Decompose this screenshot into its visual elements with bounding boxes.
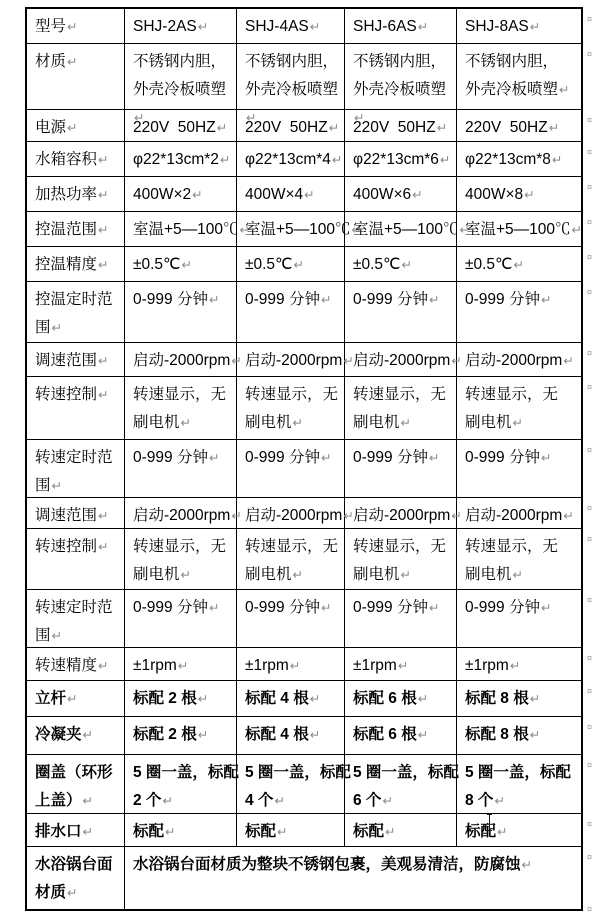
table-cell: 400W×2↵ [125,177,237,212]
paragraph-mark-icon: ↵ [513,568,523,582]
table-cell: 转速显示，无 刷电机↵ [125,377,237,440]
end-of-row-mark: ¤ [587,148,592,157]
paragraph-mark-icon: ↵ [98,388,108,402]
paragraph-mark-icon: ↵ [98,188,108,202]
table-cell-text: 5 圈一盖，标配 2 个 [133,764,239,809]
table-cell: 标配↵ [125,814,237,847]
table-cell: 不锈钢内胆， 外壳冷板喷塑↵ [237,44,345,110]
paragraph-mark-icon: ↵ [549,121,559,135]
paragraph-mark-icon: ↵ [67,886,77,900]
table-cell: 水浴锅台面材质为整块不锈钢包裹，美观易清洁，防腐蚀↵ [125,847,583,909]
end-of-row-mark: ¤ [587,596,592,605]
table-cell-text: 不锈钢内胆， 外壳冷板喷塑 [465,53,558,98]
paragraph-mark-icon: ↵ [293,568,303,582]
paragraph-mark-icon: ↵ [310,728,320,742]
table-cell: 启动-2000rpm↵ [457,343,583,377]
table-cell-text: 标配 6 根 [353,690,417,707]
table-cell: 标配 6 根↵ [345,717,457,755]
table-cell: 220V 50HZ↵ [457,110,583,142]
paragraph-mark-icon: ↵ [385,825,395,839]
table-cell: 0-999 分钟↵ [237,590,345,648]
paragraph-mark-icon: ↵ [401,416,411,430]
paragraph-mark-icon: ↵ [220,153,230,167]
row-label-cell: 立杆↵ [27,681,125,717]
row-label-cell: 水箱容积↵ [27,142,125,177]
table-cell-text: 0-999 分钟 [353,291,428,308]
table-cell-text: φ22*13cm*2 [133,151,219,168]
row-label-cell-text: 电源 [35,119,66,136]
table-cell-text: 启动-2000rpm [245,507,342,524]
table-cell-text: 400W×6 [353,186,411,203]
paragraph-mark-icon: ↵ [67,121,77,135]
end-of-row-mark: ¤ [587,820,592,829]
paragraph-mark-icon: ↵ [310,20,320,34]
table-cell: 转速显示，无 刷电机↵ [345,377,457,440]
table-cell-text: 启动-2000rpm [353,352,450,369]
table-cell-text: 220V 50HZ [245,119,328,136]
paragraph-mark-icon: ↵ [563,509,573,523]
table-cell-text: 标配 6 根 [353,726,417,743]
table-cell: SHJ-2AS↵ [125,9,237,44]
end-of-row-mark: ¤ [587,183,592,192]
paragraph-mark-icon: ↵ [83,728,93,742]
end-of-row-mark: ¤ [587,446,592,455]
table-cell: 0-999 分钟↵ [237,282,345,343]
paragraph-mark-icon: ↵ [98,659,108,673]
table-cell-text: 0-999 分钟 [133,599,208,616]
table-cell: 不锈钢内胆， 外壳冷板喷塑↵ [457,44,583,110]
table-cell: 室温+5—100℃↵ [237,212,345,247]
table-cell-text: 转速显示，无 刷电机 [465,386,558,431]
table-cell: 启动-2000rpm↵ [345,498,457,529]
row-label-cell-text: 型号 [35,18,66,35]
row-label-cell-text: 转速定时范 围 [35,599,113,644]
row-label-cell-text: 转速定时范 围 [35,449,113,494]
table-cell: ±1rpm↵ [125,648,237,681]
paragraph-mark-icon: ↵ [83,825,93,839]
end-of-row-mark: ¤ [587,383,592,392]
paragraph-mark-icon: ↵ [181,258,191,272]
table-cell: ±0.5℃↵ [125,247,237,282]
table-cell-text: 转速显示，无 刷电机 [133,386,226,431]
document-page: 型号↵SHJ-2AS↵SHJ-4AS↵SHJ-6AS↵SHJ-8AS↵¤材质↵不… [0,0,600,921]
table-cell: ±1rpm↵ [457,648,583,681]
paragraph-mark-icon: ↵ [290,659,300,673]
row-label-cell: 排水口↵ [27,814,125,847]
table-cell: φ22*13cm*4↵ [237,142,345,177]
paragraph-mark-icon: ↵ [274,794,284,808]
end-of-row-mark: ¤ [587,288,592,297]
table-cell: 0-999 分钟↵ [125,440,237,498]
table-cell: ±1rpm↵ [237,648,345,681]
table-cell: SHJ-4AS↵ [237,9,345,44]
table-cell-text: SHJ-4AS [245,18,309,35]
table-cell: 5 圈一盖，标配 4 个↵ [237,755,345,814]
paragraph-mark-icon: ↵ [418,692,428,706]
paragraph-mark-icon: ↵ [530,692,540,706]
row-label-cell: 冷凝夹↵ [27,717,125,755]
table-cell-text: 不锈钢内胆， 外壳冷板喷塑 [245,53,338,98]
table-cell: 室温+5—100℃↵ [345,212,457,247]
paragraph-mark-icon: ↵ [52,629,62,643]
table-cell-text: 400W×2 [133,186,191,203]
paragraph-mark-icon: ↵ [329,121,339,135]
row-label-cell-text: 转速精度 [35,657,97,674]
table-cell: 转速显示，无 刷电机↵ [457,377,583,440]
row-label-cell: 型号↵ [27,9,125,44]
row-label-cell: 圈盖（环形 上盖）↵ [27,755,125,814]
paragraph-mark-icon: ↵ [530,728,540,742]
table-cell-text: 室温+5—100℃ [353,221,459,238]
table-cell-text: 220V 50HZ [465,119,548,136]
paragraph-mark-icon: ↵ [522,858,532,872]
paragraph-mark-icon: ↵ [559,83,569,97]
table-cell: 启动-2000rpm↵ [125,343,237,377]
table-cell: 标配 8 根↵ [457,681,583,717]
table-cell-text: 5 圈一盖，标配 6 个 [353,764,459,809]
table-cell-text: 不锈钢内胆， 外壳冷板喷塑 [133,53,226,98]
paragraph-mark-icon: ↵ [429,601,439,615]
paragraph-mark-icon: ↵ [181,416,191,430]
table-cell: 标配 8 根↵ [457,717,583,755]
table-cell: 转速显示，无 刷电机↵ [125,529,237,590]
table-cell: 5 圈一盖，标配 6 个↵ [345,755,457,814]
paragraph-mark-icon: ↵ [98,153,108,167]
table-cell: SHJ-8AS↵ [457,9,583,44]
end-of-row-mark: ¤ [587,15,592,24]
table-cell: ±1rpm↵ [345,648,457,681]
paragraph-mark-icon: ↵ [198,728,208,742]
table-cell: 0-999 分钟↵ [125,590,237,648]
paragraph-mark-icon: ↵ [401,258,411,272]
paragraph-mark-icon: ↵ [552,153,562,167]
table-cell-text: 标配 2 根 [133,726,197,743]
row-label-cell: 加热功率↵ [27,177,125,212]
paragraph-mark-icon: ↵ [178,659,188,673]
table-cell: 400W×6↵ [345,177,457,212]
end-of-row-mark: ¤ [587,218,592,227]
table-cell: 标配 4 根↵ [237,681,345,717]
table-cell-text: 0-999 分钟 [353,449,428,466]
paragraph-mark-icon: ↵ [192,188,202,202]
table-cell: 不锈钢内胆， 外壳冷板喷塑↵ [125,44,237,110]
table-cell-text: SHJ-2AS [133,18,197,35]
paragraph-mark-icon: ↵ [98,258,108,272]
paragraph-mark-icon: ↵ [67,692,77,706]
table-cell: 5 圈一盖，标配 2 个↵ [125,755,237,814]
end-of-row-mark: ¤ [587,253,592,262]
paragraph-mark-icon: ↵ [321,451,331,465]
paragraph-mark-icon: ↵ [277,825,287,839]
row-label-cell: 转速精度↵ [27,648,125,681]
end-of-row-mark: ¤ [587,349,592,358]
table-cell: 转速显示，无 刷电机↵ [457,529,583,590]
row-label-cell: 材质↵ [27,44,125,110]
end-of-row-mark: ¤ [587,116,592,125]
table-cell: 0-999 分钟↵ [457,440,583,498]
table-cell-text: 220V 50HZ [353,119,436,136]
table-cell-text: 0-999 分钟 [465,599,540,616]
end-of-row-mark: ¤ [587,853,592,862]
paragraph-mark-icon: ↵ [429,293,439,307]
table-cell-text: ±1rpm [245,657,289,674]
row-label-cell-text: 调速范围 [35,507,97,524]
row-label-cell: 调速范围↵ [27,343,125,377]
paragraph-mark-icon: ↵ [181,568,191,582]
table-cell-text: ±0.5℃ [353,256,400,273]
table-cell-text: 标配 4 根 [245,690,309,707]
table-cell-text: 转速显示，无 刷电机 [133,538,226,583]
end-of-table-mark: ¤ [587,905,592,914]
paragraph-mark-icon: ↵ [563,354,573,368]
table-cell: 不锈钢内胆， 外壳冷板喷塑↵ [345,44,457,110]
row-label-cell-text: 圈盖（环形 上盖） [35,764,113,809]
row-label-cell: 控温定时范 围↵ [27,282,125,343]
table-cell-text: 标配 8 根 [465,726,529,743]
paragraph-mark-icon: ↵ [572,223,582,237]
row-label-cell: 转速控制↵ [27,377,125,440]
row-label-cell-text: 排水口 [35,823,82,840]
table-cell-text: 转速显示，无 刷电机 [353,386,446,431]
table-cell-text: 0-999 分钟 [245,599,320,616]
table-cell-text: φ22*13cm*8 [465,151,551,168]
table-cell-text: 标配 [353,823,384,840]
paragraph-mark-icon: ↵ [67,55,77,69]
table-cell: φ22*13cm*6↵ [345,142,457,177]
paragraph-mark-icon: ↵ [98,354,108,368]
table-cell: 220V 50HZ↵ [237,110,345,142]
paragraph-mark-icon: ↵ [513,416,523,430]
table-cell: 0-999 分钟↵ [237,440,345,498]
paragraph-mark-icon: ↵ [401,568,411,582]
paragraph-mark-icon: ↵ [209,451,219,465]
row-label-cell-text: 控温精度 [35,256,97,273]
table-cell-text: 室温+5—100℃ [133,221,239,238]
table-cell: ±0.5℃↵ [237,247,345,282]
table-cell-text: 标配 [465,823,496,840]
table-cell-text: 转速显示，无 刷电机 [353,538,446,583]
end-of-row-mark: ¤ [587,654,592,663]
table-cell-text: φ22*13cm*4 [245,151,331,168]
table-cell-text: 室温+5—100℃ [465,221,571,238]
row-label-cell: 转速定时范 围↵ [27,440,125,498]
paragraph-mark-icon: ↵ [382,794,392,808]
table-cell-text: 0-999 分钟 [353,599,428,616]
table-cell-text: SHJ-8AS [465,18,529,35]
paragraph-mark-icon: ↵ [304,188,314,202]
table-cell: φ22*13cm*2↵ [125,142,237,177]
table-cell: 400W×8↵ [457,177,583,212]
table-cell: 标配↵ [345,814,457,847]
table-cell-text: 启动-2000rpm [353,507,450,524]
paragraph-mark-icon: ↵ [497,825,507,839]
table-cell-text: SHJ-6AS [353,18,417,35]
row-label-cell-text: 材质 [35,53,66,70]
table-cell: 0-999 分钟↵ [457,282,583,343]
paragraph-mark-icon: ↵ [494,794,504,808]
table-cell-text: 5 圈一盖，标配 8 个 [465,764,571,809]
table-cell-text: 水浴锅台面材质为整块不锈钢包裹，美观易清洁，防腐蚀 [133,856,521,873]
table-cell: 启动-2000rpm↵ [237,498,345,529]
table-cell-text: 0-999 分钟 [133,449,208,466]
row-label-cell: 控温精度↵ [27,247,125,282]
table-cell-text: ±0.5℃ [133,256,180,273]
table-cell-text: 400W×8 [465,186,523,203]
row-label-cell: 调速范围↵ [27,498,125,529]
table-cell: 启动-2000rpm↵ [345,343,457,377]
paragraph-mark-icon: ↵ [83,794,93,808]
table-cell: 0-999 分钟↵ [125,282,237,343]
table-cell: 0-999 分钟↵ [345,440,457,498]
row-label-cell-text: 立杆 [35,690,66,707]
table-cell: 启动-2000rpm↵ [125,498,237,529]
spec-table: 型号↵SHJ-2AS↵SHJ-4AS↵SHJ-6AS↵SHJ-8AS↵¤材质↵不… [25,7,583,911]
paragraph-mark-icon: ↵ [541,601,551,615]
table-cell-text: 室温+5—100℃ [245,221,351,238]
table-cell-text: 转速显示，无 刷电机 [465,538,558,583]
table-cell-text: 标配 8 根 [465,690,529,707]
table-cell-text: ±1rpm [133,657,177,674]
end-of-row-mark: ¤ [587,761,592,770]
table-cell: 室温+5—100℃↵ [457,212,583,247]
table-cell-text: 标配 2 根 [133,690,197,707]
table-cell-text: ±1rpm [353,657,397,674]
row-label-cell: 转速定时范 围↵ [27,590,125,648]
row-label-cell-text: 冷凝夹 [35,726,82,743]
table-cell-text: 启动-2000rpm [133,352,230,369]
table-cell-text: 0-999 分钟 [465,291,540,308]
paragraph-mark-icon: ↵ [52,321,62,335]
table-cell: 室温+5—100℃↵ [125,212,237,247]
table-cell-text: 标配 [133,823,164,840]
paragraph-mark-icon: ↵ [524,188,534,202]
paragraph-mark-icon: ↵ [67,20,77,34]
table-cell: 启动-2000rpm↵ [237,343,345,377]
table-cell-text: ±0.5℃ [465,256,512,273]
table-cell-text: 启动-2000rpm [245,352,342,369]
text-cursor [489,814,490,831]
table-cell-text: 标配 [245,823,276,840]
table-cell: 转速显示，无 刷电机↵ [345,529,457,590]
paragraph-mark-icon: ↵ [52,479,62,493]
table-cell-text: 0-999 分钟 [133,291,208,308]
table-cell: ±0.5℃↵ [457,247,583,282]
row-label-cell-text: 加热功率 [35,186,97,203]
paragraph-mark-icon: ↵ [198,20,208,34]
table-cell: 标配↵ [237,814,345,847]
table-cell-text: 转速显示，无 刷电机 [245,386,338,431]
end-of-row-mark: ¤ [587,535,592,544]
table-cell-text: ±0.5℃ [245,256,292,273]
row-label-cell-text: 转速控制 [35,386,97,403]
table-cell: 0-999 分钟↵ [345,282,457,343]
end-of-row-mark: ¤ [587,687,592,696]
row-label-cell-text: 控温定时范 围 [35,291,113,336]
paragraph-mark-icon: ↵ [209,293,219,307]
row-label-cell: 控温范围↵ [27,212,125,247]
paragraph-mark-icon: ↵ [418,728,428,742]
paragraph-mark-icon: ↵ [510,659,520,673]
table-cell: 400W×4↵ [237,177,345,212]
paragraph-mark-icon: ↵ [332,153,342,167]
paragraph-mark-icon: ↵ [437,121,447,135]
table-cell: SHJ-6AS↵ [345,9,457,44]
table-cell: ±0.5℃↵ [345,247,457,282]
paragraph-mark-icon: ↵ [293,258,303,272]
table-cell-text: 400W×4 [245,186,303,203]
table-cell-text: 5 圈一盖，标配 4 个 [245,764,351,809]
paragraph-mark-icon: ↵ [440,153,450,167]
table-cell: 标配 6 根↵ [345,681,457,717]
table-cell: 标配 2 根↵ [125,681,237,717]
paragraph-mark-icon: ↵ [293,416,303,430]
paragraph-mark-icon: ↵ [513,258,523,272]
row-label-cell: 水浴锅台面 材质↵ [27,847,125,909]
row-label-cell: 转速控制↵ [27,529,125,590]
paragraph-mark-icon: ↵ [98,540,108,554]
end-of-row-mark: ¤ [587,723,592,732]
table-cell-text: 0-999 分钟 [245,449,320,466]
paragraph-mark-icon: ↵ [217,121,227,135]
table-cell: 220V 50HZ↵ [345,110,457,142]
row-label-cell-text: 调速范围 [35,352,97,369]
table-cell-text: 启动-2000rpm [465,507,562,524]
paragraph-mark-icon: ↵ [429,451,439,465]
table-cell-text: ±1rpm [465,657,509,674]
table-cell: 0-999 分钟↵ [345,590,457,648]
paragraph-mark-icon: ↵ [541,451,551,465]
paragraph-mark-icon: ↵ [412,188,422,202]
table-cell-text: φ22*13cm*6 [353,151,439,168]
table-cell: 启动-2000rpm↵ [457,498,583,529]
row-label-cell-text: 转速控制 [35,538,97,555]
paragraph-mark-icon: ↵ [541,293,551,307]
table-cell: 转速显示，无 刷电机↵ [237,529,345,590]
table-cell-text: 转速显示，无 刷电机 [245,538,338,583]
paragraph-mark-icon: ↵ [321,601,331,615]
end-of-row-mark: ¤ [587,50,592,59]
table-cell-text: 启动-2000rpm [133,507,230,524]
paragraph-mark-icon: ↵ [198,692,208,706]
paragraph-mark-icon: ↵ [398,659,408,673]
row-label-cell: 电源↵ [27,110,125,142]
paragraph-mark-icon: ↵ [98,509,108,523]
paragraph-mark-icon: ↵ [209,601,219,615]
paragraph-mark-icon: ↵ [418,20,428,34]
paragraph-mark-icon: ↵ [162,794,172,808]
table-cell: 标配 2 根↵ [125,717,237,755]
table-cell-text: 220V 50HZ [133,119,216,136]
table-cell-text: 0-999 分钟 [245,291,320,308]
table-cell-text: 0-999 分钟 [465,449,540,466]
table-cell: φ22*13cm*8↵ [457,142,583,177]
table-cell-text: 不锈钢内胆， 外壳冷板喷塑 [353,53,446,98]
row-label-cell-text: 控温范围 [35,221,97,238]
paragraph-mark-icon: ↵ [310,692,320,706]
paragraph-mark-icon: ↵ [165,825,175,839]
table-cell: 220V 50HZ↵ [125,110,237,142]
paragraph-mark-icon: ↵ [98,223,108,237]
end-of-row-mark: ¤ [587,504,592,513]
table-cell-text: 标配 4 根 [245,726,309,743]
table-cell: 0-999 分钟↵ [457,590,583,648]
row-label-cell-text: 水箱容积 [35,151,97,168]
table-cell: 标配 4 根↵ [237,717,345,755]
table-cell: 转速显示，无 刷电机↵ [237,377,345,440]
table-cell: 5 圈一盖，标配 8 个↵ [457,755,583,814]
table-cell-text: 启动-2000rpm [465,352,562,369]
paragraph-mark-icon: ↵ [321,293,331,307]
